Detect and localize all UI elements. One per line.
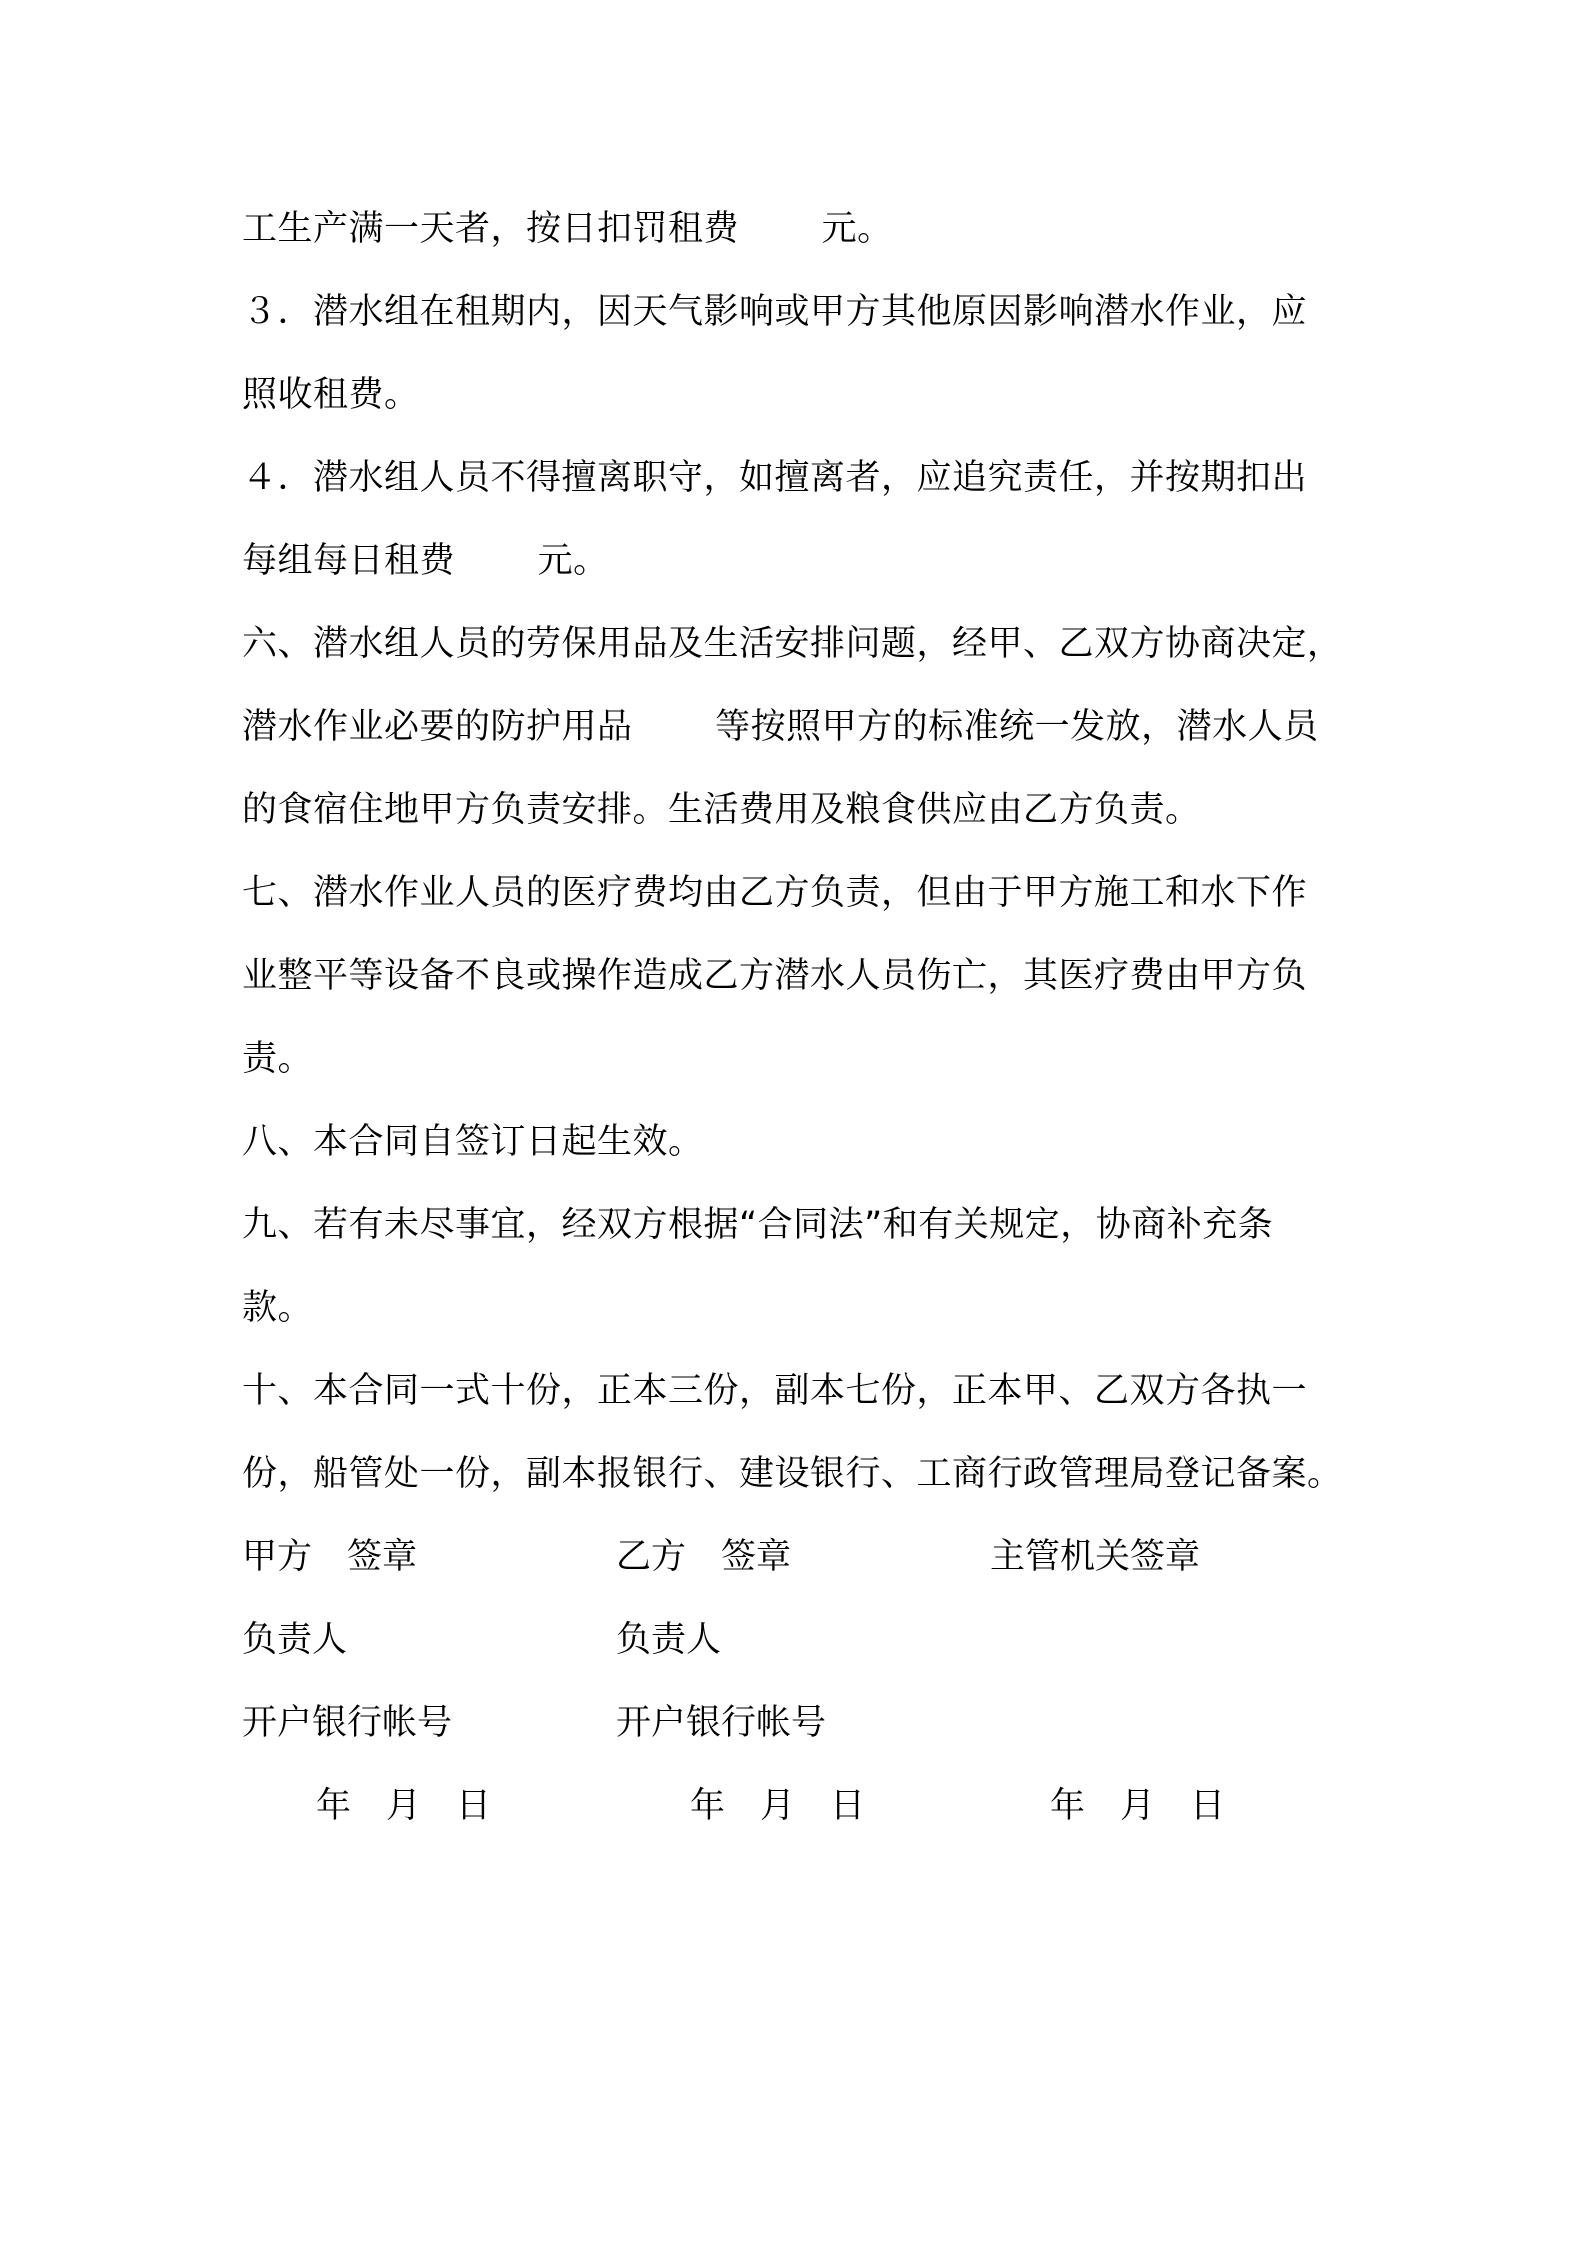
party-b-bank-label: 开户银行帐号 [616, 1701, 826, 1745]
authority-seal-label: 主管机关签章 [990, 1535, 1200, 1579]
party-a-seal-label: 甲方 签章 [242, 1535, 417, 1579]
party-b-date-label: 年 月 日 [690, 1784, 865, 1828]
clause-10-line: 十、本合同一式十份，正本三份，副本七份，正本甲、乙双方各执一 [242, 1369, 1362, 1413]
text-line: 照收租费。 [242, 373, 1362, 417]
clause-8-line: 八、本合同自签订日起生效。 [242, 1120, 1362, 1164]
text-line: 工生产满一天者，按日扣罚租费 元。 [242, 207, 1362, 251]
text-line: ３．潜水组在租期内，因天气影响或甲方其他原因影响潜水作业，应 [242, 290, 1362, 334]
text-line: 责。 [242, 1037, 1362, 1081]
document-page: 工生产满一天者，按日扣罚租费 元。 ３．潜水组在租期内，因天气影响或甲方其他原因… [0, 0, 1586, 2244]
authority-date-label: 年 月 日 [1050, 1784, 1225, 1828]
clause-9-line: 九、若有未尽事宜，经双方根据“合同法”和有关规定，协商补充条 [242, 1203, 1362, 1247]
text-line: 的食宿住地甲方负责安排。生活费用及粮食供应由乙方负责。 [242, 788, 1362, 832]
party-a-person-label: 负责人 [242, 1618, 347, 1662]
text-line: 份，船管处一份，副本报银行、建设银行、工商行政管理局登记备案。 [242, 1452, 1362, 1496]
party-a-date-label: 年 月 日 [316, 1784, 491, 1828]
party-a-bank-label: 开户银行帐号 [242, 1701, 452, 1745]
party-b-seal-label: 乙方 签章 [616, 1535, 791, 1579]
text-line: 款。 [242, 1286, 1362, 1330]
clause-6-line: 六、潜水组人员的劳保用品及生活安排问题，经甲、乙双方协商决定， [242, 622, 1362, 666]
party-b-person-label: 负责人 [616, 1618, 721, 1662]
clause-7-line: 七、潜水作业人员的医疗费均由乙方负责，但由于甲方施工和水下作 [242, 871, 1362, 915]
text-line: 潜水作业必要的防护用品 等按照甲方的标准统一发放，潜水人员 [242, 705, 1362, 749]
text-line: 业整平等设备不良或操作造成乙方潜水人员伤亡，其医疗费由甲方负 [242, 954, 1362, 998]
text-line: 每组每日租费 元。 [242, 539, 1362, 583]
text-line: ４．潜水组人员不得擅离职守，如擅离者，应追究责任，并按期扣出 [242, 456, 1362, 500]
